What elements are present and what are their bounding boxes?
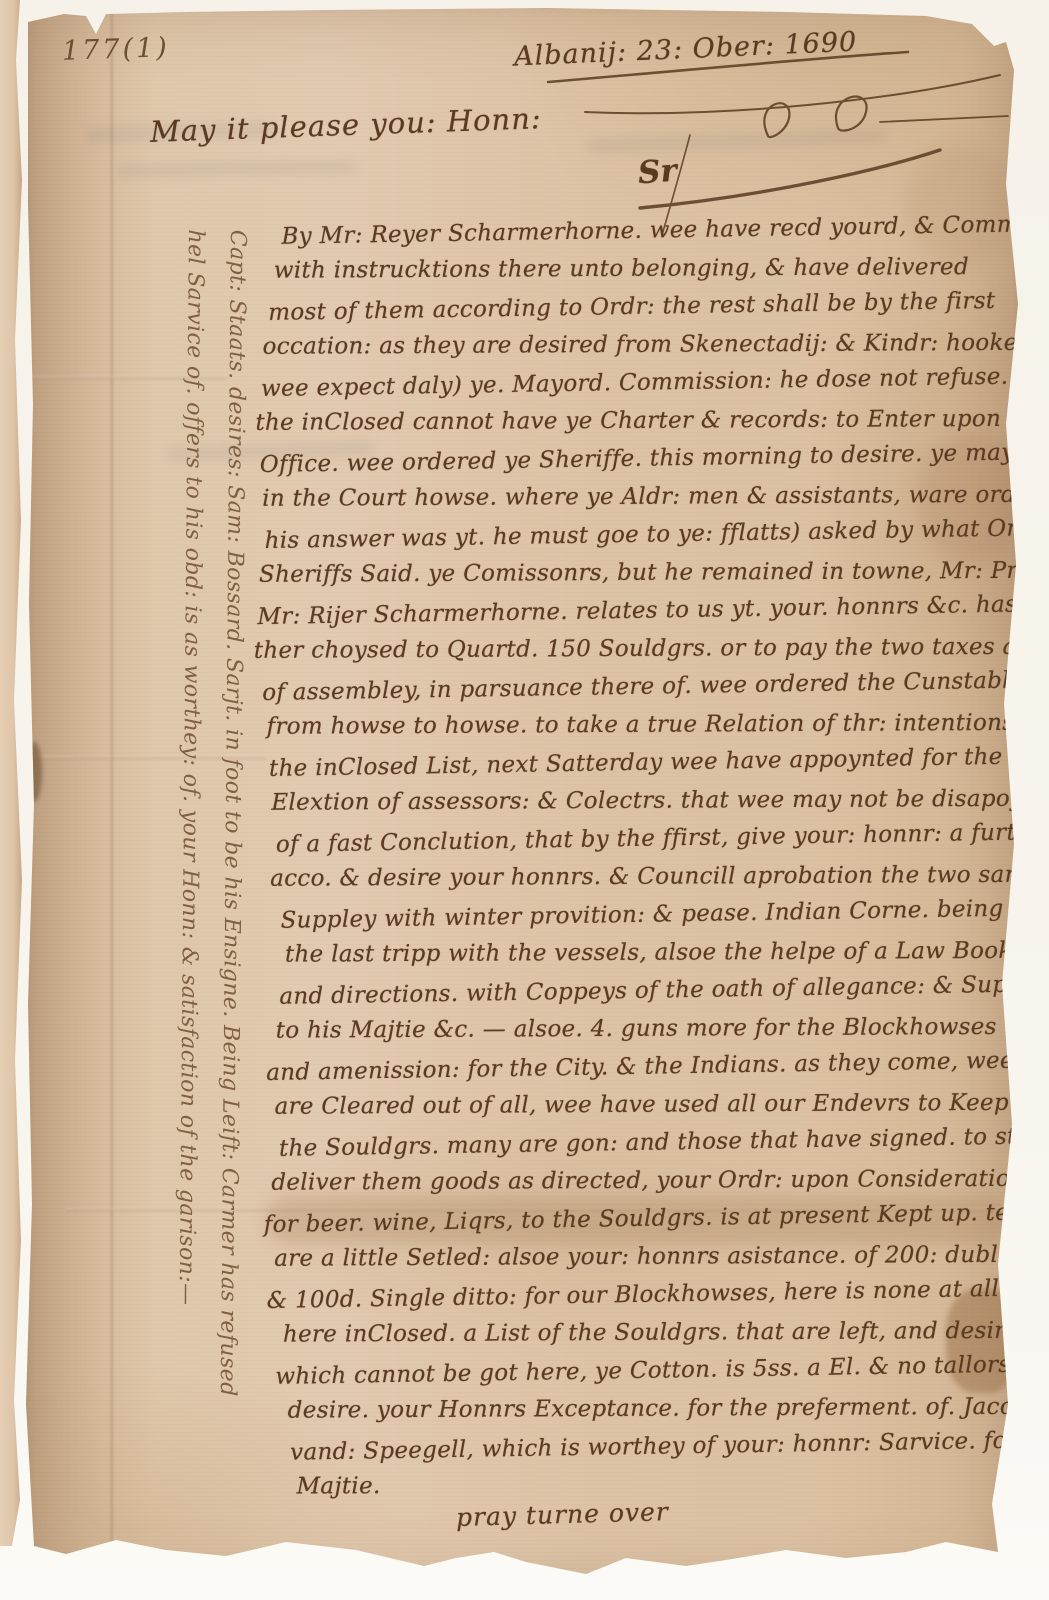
bleed-through-stain (586, 129, 886, 153)
letter-body: By Mr: Reyer Scharmerhorne. wee have rec… (231, 208, 1016, 1508)
facing-leaf-stub (0, 0, 24, 1546)
margin-note: Capt: Staats. desires: Sam: Bossard. Sar… (164, 229, 258, 1397)
edge-tear-mark (26, 742, 42, 802)
closing-note: pray turne over (456, 1497, 670, 1532)
vertical-fold-crease (110, 12, 114, 1557)
scan-background: 177(1) Albanij: 23: Ober: 1690 May it pl… (0, 0, 1049, 1600)
salutation-abbreviation: Sr (637, 153, 678, 192)
manuscript-scan: { "colors": { "paper": "#dcc2a5", "paper… (0, 0, 1049, 1600)
bleed-through-stain (116, 160, 356, 178)
letter-page: 177(1) Albanij: 23: Ober: 1690 May it pl… (26, 4, 1022, 1592)
dateline: Albanij: 23: Ober: 1690 (513, 27, 857, 73)
archive-number: 177(1) (61, 32, 170, 67)
salutation: May it please you: Honn: (150, 101, 543, 149)
